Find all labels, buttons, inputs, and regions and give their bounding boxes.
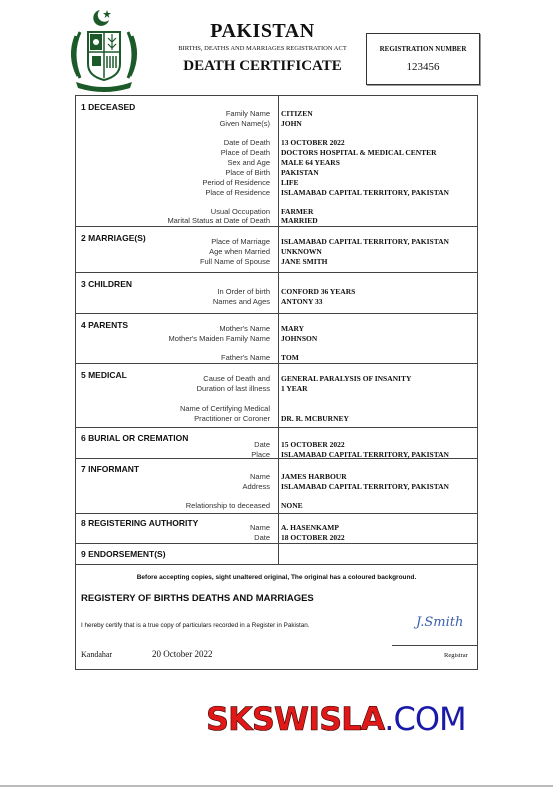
field-row: NameA. HASENKAMP: [76, 523, 477, 533]
field-label: Place of Marriage: [211, 237, 270, 247]
watermark-part-1: SKSWISLA: [206, 700, 384, 738]
field-value: A. HASENKAMP: [281, 523, 339, 533]
field-label: Place of Death: [221, 148, 270, 158]
field-label: Name: [250, 472, 270, 482]
state-emblem-icon: [66, 6, 142, 92]
field-value: GENERAL PARALYSIS OF INSANITY: [281, 374, 411, 384]
certificate-title: DEATH CERTIFICATE: [160, 58, 365, 75]
field-row: Practitioner or CoronerDR. R. MCBURNEY: [76, 414, 477, 424]
field-value: CITIZEN: [281, 109, 313, 119]
field-row: Period of ResidenceLIFE: [76, 178, 477, 188]
field-value: CONFORD 36 YEARS: [281, 287, 355, 297]
field-row: Mother's NameMARY: [76, 324, 477, 334]
field-label: Mother's Name: [219, 324, 270, 334]
section-deceased: 1 DECEASED Family NameCITIZEN Given Name…: [76, 96, 477, 227]
field-value: 1 YEAR: [281, 384, 308, 394]
field-row: Given Name(s)JOHN: [76, 119, 477, 129]
section-informant: 7 INFORMANT NameJAMES HARBOUR AddressISL…: [76, 459, 477, 514]
field-value: DOCTORS HOSPITAL & MEDICAL CENTER: [281, 148, 437, 158]
field-row: Full Name of SpouseJANE SMITH: [76, 257, 477, 267]
field-row: Names and AgesANTONY 33: [76, 297, 477, 307]
field-row: Date15 OCTOBER 2022: [76, 440, 477, 450]
field-value: LIFE: [281, 178, 299, 188]
field-label: Period of Residence: [202, 178, 270, 188]
field-row: Sex and AgeMALE 64 YEARS: [76, 158, 477, 168]
field-label: Cause of Death and: [203, 374, 270, 384]
field-row: Relationship to deceasedNONE: [76, 501, 477, 511]
field-row: In Order of birthCONFORD 36 YEARS: [76, 287, 477, 297]
field-row: Marital Status at Date of DeathMARRIED: [76, 216, 477, 226]
act-subtitle: BIRTHS, DEATHS AND MARRIAGES REGISTRATIO…: [160, 44, 365, 53]
copy-notice: Before accepting copies, sight unaltered…: [76, 574, 477, 581]
field-label: Age when Married: [209, 247, 270, 257]
certificate-header: PAKISTAN BIRTHS, DEATHS AND MARRIAGES RE…: [0, 0, 553, 95]
registrar-label: Registrar: [444, 652, 468, 659]
registration-number-box: REGISTRATION NUMBER 123456: [366, 33, 480, 85]
field-label: Date: [254, 533, 270, 543]
field-row: Father's NameTOM: [76, 353, 477, 363]
section-title: 9 ENDORSEMENT(S): [81, 549, 166, 559]
section-children: 3 CHILDREN In Order of birthCONFORD 36 Y…: [76, 273, 477, 314]
field-label: Name: [250, 523, 270, 533]
title-block: PAKISTAN BIRTHS, DEATHS AND MARRIAGES RE…: [160, 20, 365, 75]
field-row: Duration of last illness1 YEAR: [76, 384, 477, 394]
field-label: Given Name(s): [220, 119, 270, 129]
field-label: Names and Ages: [213, 297, 270, 307]
field-label: Practitioner or Coroner: [194, 414, 270, 424]
field-value: MARRIED: [281, 216, 318, 226]
issue-date: 20 October 2022: [152, 649, 213, 659]
registry-title: REGISTERY OF BIRTHS DEATHS AND MARRIAGES: [81, 593, 314, 604]
field-row: Place of MarriageISLAMABAD CAPITAL TERRI…: [76, 237, 477, 247]
field-row: Date of Death13 OCTOBER 2022: [76, 138, 477, 148]
field-value: MALE 64 YEARS: [281, 158, 340, 168]
field-value: ANTONY 33: [281, 297, 322, 307]
field-row: Name of Certifying Medical: [76, 404, 477, 414]
field-value: PAKISTAN: [281, 168, 319, 178]
field-value: ISLAMABAD CAPITAL TERRITORY, PAKISTAN: [281, 188, 449, 198]
field-label: Place of Residence: [205, 188, 270, 198]
field-value: 13 OCTOBER 2022: [281, 138, 345, 148]
field-row: Age when MarriedUNKNOWN: [76, 247, 477, 257]
field-value: 15 OCTOBER 2022: [281, 440, 345, 450]
field-row: AddressISLAMABAD CAPITAL TERRITORY, PAKI…: [76, 482, 477, 492]
watermark-part-2: .COM: [384, 700, 465, 738]
field-label: Date of Death: [224, 138, 270, 148]
field-label: Mother's Maiden Family Name: [169, 334, 270, 344]
issue-place: Kandahar: [81, 650, 112, 659]
section-parents: 4 PARENTS Mother's NameMARY Mother's Mai…: [76, 314, 477, 364]
field-row: NameJAMES HARBOUR: [76, 472, 477, 482]
field-value: 18 OCTOBER 2022: [281, 533, 345, 543]
registrar-signature: J.Smith: [416, 615, 463, 630]
section-marriage: 2 MARRIAGE(S) Place of MarriageISLAMABAD…: [76, 227, 477, 273]
watermark: SKSWISLA.COM: [206, 700, 466, 738]
field-value: JOHN: [281, 119, 302, 129]
field-value: JOHNSON: [281, 334, 317, 344]
field-label: Duration of last illness: [197, 384, 270, 394]
field-value: NONE: [281, 501, 303, 511]
field-row: Date18 OCTOBER 2022: [76, 533, 477, 543]
field-row: Place of ResidenceISLAMABAD CAPITAL TERR…: [76, 188, 477, 198]
certificate-table: 1 DECEASED Family NameCITIZEN Given Name…: [75, 95, 478, 670]
field-value: JAMES HARBOUR: [281, 472, 347, 482]
field-label: Place of Birth: [225, 168, 270, 178]
signature-line: [392, 645, 478, 646]
field-label: Date: [254, 440, 270, 450]
registration-number: 123456: [367, 61, 479, 73]
field-row: Place of BirthPAKISTAN: [76, 168, 477, 178]
field-label: In Order of birth: [217, 287, 270, 297]
field-label: Full Name of Spouse: [200, 257, 270, 267]
field-label: Address: [242, 482, 270, 492]
field-value: UNKNOWN: [281, 247, 322, 257]
field-row: Mother's Maiden Family NameJOHNSON: [76, 334, 477, 344]
registration-label: REGISTRATION NUMBER: [367, 45, 479, 53]
section-registering-authority: 8 REGISTERING AUTHORITY NameA. HASENKAMP…: [76, 514, 477, 544]
field-value: ISLAMABAD CAPITAL TERRITORY, PAKISTAN: [281, 237, 449, 247]
field-value: TOM: [281, 353, 299, 363]
section-endorsement: 9 ENDORSEMENT(S): [76, 544, 477, 565]
field-value: MARY: [281, 324, 304, 334]
section-burial: 6 BURIAL OR CREMATION Date15 OCTOBER 202…: [76, 428, 477, 459]
field-label: Family Name: [226, 109, 270, 119]
field-row: Cause of Death andGENERAL PARALYSIS OF I…: [76, 374, 477, 384]
field-value: DR. R. MCBURNEY: [281, 414, 349, 424]
field-row: Family NameCITIZEN: [76, 109, 477, 119]
certification-statement: I hereby certify that is a true copy of …: [81, 622, 341, 630]
field-row: Place of DeathDOCTORS HOSPITAL & MEDICAL…: [76, 148, 477, 158]
field-label: Marital Status at Date of Death: [167, 216, 270, 226]
country-title: PAKISTAN: [160, 20, 365, 42]
field-value: JANE SMITH: [281, 257, 327, 267]
section-medical: 5 MEDICAL Cause of Death andGENERAL PARA…: [76, 364, 477, 428]
field-label: Relationship to deceased: [186, 501, 270, 511]
field-value: ISLAMABAD CAPITAL TERRITORY, PAKISTAN: [281, 482, 449, 492]
field-label: Sex and Age: [227, 158, 270, 168]
field-label: Father's Name: [221, 353, 270, 363]
field-label: Name of Certifying Medical: [180, 404, 270, 414]
